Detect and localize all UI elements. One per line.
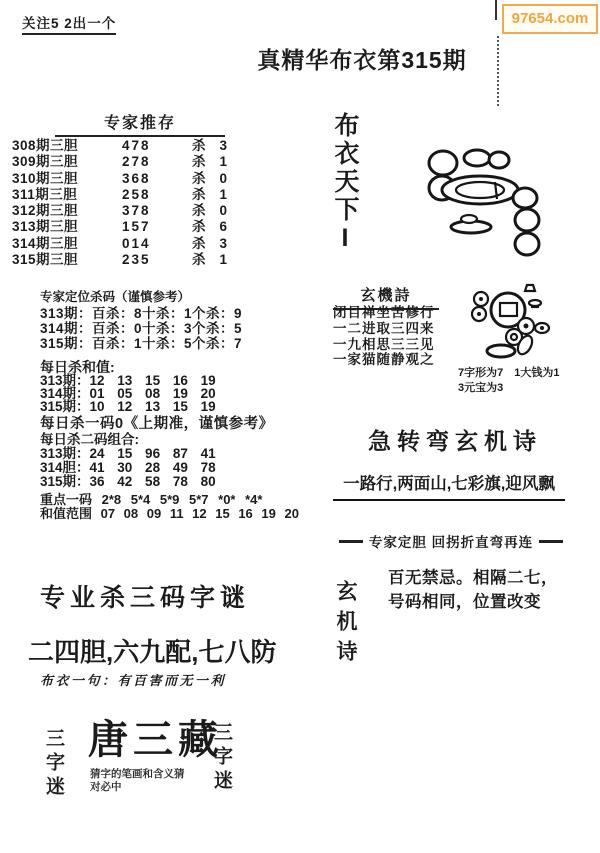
row-period: 312期三胆	[12, 203, 122, 219]
row-period: 313期三胆	[12, 219, 122, 235]
kill-three-code-title: 专业杀三码字谜	[40, 578, 240, 614]
xuanji-poem-line: 一二进取三四来	[333, 321, 435, 337]
row-kill-label: 杀	[192, 236, 206, 252]
expert-recommend-header: 专家推存	[55, 110, 225, 137]
expert-dan-banner: 专家定胆 回拐折直弯再连	[336, 531, 566, 551]
row-dan-numbers: 258	[122, 187, 168, 203]
two-code-block: 每日杀二码组合: 313期：24 15 96 87 41314胆：41 30 2…	[40, 433, 216, 488]
kill-position-line: 314期：百杀：0十杀：3个杀：5	[40, 321, 242, 336]
row-dan-numbers: 478	[122, 138, 168, 154]
final-hint-line2: 号码相同，位置改变	[388, 590, 568, 614]
expert-recommend-table: 308期三胆 478 杀 3 309期三胆 278 杀 1 310期三胆 368…	[12, 138, 252, 268]
sum-range-line: 和值范围 07 08 09 11 12 15 16 19 20	[40, 503, 299, 522]
row-kill-number: 1	[220, 252, 228, 268]
two-code-line: 315期：36 42 58 78 80	[40, 475, 216, 489]
kill-position-block: 专家定位杀码（谨慎参考） 313期：百杀：8十杀：1个杀：9314期：百杀：0十…	[40, 289, 242, 351]
row-kill-number: 1	[220, 187, 228, 203]
final-hint-block: 百无禁忌。相隔二七， 号码相同，位置改变	[388, 566, 568, 614]
daily-sum-lines: 313期：12 13 15 16 19314期：01 05 08 19 2031…	[40, 374, 216, 414]
row-kill-number: 0	[220, 203, 228, 219]
kill-position-line: 315期：百杀：1十杀：5个杀：7	[40, 336, 242, 351]
coin-caption-line2: 3元宝为3	[458, 381, 559, 396]
table-row: 310期三胆 368 杀 0	[12, 171, 252, 187]
top-divider-line	[495, 0, 497, 20]
row-kill-number: 6	[220, 219, 228, 235]
title-dotted-line	[497, 36, 499, 106]
row-dan-numbers: 014	[122, 236, 168, 252]
two-code-header: 每日杀二码组合:	[40, 433, 216, 447]
row-period: 314期三胆	[12, 236, 122, 252]
top-left-note: 关注5 2出一个	[22, 12, 116, 35]
row-dan-numbers: 368	[122, 171, 168, 187]
buyi-doodle-drawing	[415, 138, 565, 268]
buyi-tianxia-vertical-title: 布衣天下I	[327, 112, 363, 255]
page-title: 真精华布衣第315期	[212, 42, 512, 75]
kill-position-header: 专家定位杀码（谨慎参考）	[40, 289, 242, 306]
table-row: 308期三胆 478 杀 3	[12, 138, 252, 154]
row-dan-numbers: 157	[122, 219, 168, 235]
dash-left	[339, 540, 363, 543]
coin-caption-line1: 7字形为7 1大钱为1	[458, 366, 559, 381]
kill-three-code-riddle: 二四胆,六九配,七八防	[28, 632, 248, 669]
row-kill-label: 杀	[192, 154, 206, 170]
two-code-line: 313期：24 15 96 87 41	[40, 447, 216, 461]
row-kill-number: 3	[220, 138, 228, 154]
dash-right	[539, 540, 563, 543]
kill-position-line: 313期：百杀：8十杀：1个杀：9	[40, 306, 242, 321]
riddle-footnote-line2: 对必中	[90, 781, 185, 794]
two-code-lines: 313期：24 15 96 87 41314胆：41 30 28 49 7831…	[40, 447, 216, 488]
coin-doodle-caption: 7字形为7 1大钱为1 3元宝为3	[458, 366, 559, 396]
row-period: 311期三胆	[12, 187, 122, 203]
sharp-turn-poem-line: 一路行,两面山,七彩旗,迎风飘	[333, 470, 565, 501]
row-kill-label: 杀	[192, 219, 206, 235]
site-watermark-badge[interactable]: 97654.com	[502, 4, 598, 34]
coins-doodle-drawing	[455, 283, 555, 361]
row-period: 315期三胆	[12, 252, 122, 268]
row-kill-label: 杀	[192, 203, 206, 219]
three-char-riddle-answer: 唐三藏	[88, 708, 223, 765]
row-dan-numbers: 278	[122, 154, 168, 170]
table-row: 314期三胆 014 杀 3	[12, 236, 252, 252]
expert-dan-text: 专家定胆 回拐折直弯再连	[369, 531, 533, 551]
buyi-sentence: 布衣一句：有百害而无一利	[40, 670, 226, 689]
row-period: 310期三胆	[12, 171, 122, 187]
table-row: 315期三胆 235 杀 1	[12, 252, 252, 268]
row-kill-number: 1	[220, 154, 228, 170]
final-hint-line1: 百无禁忌。相隔二七，	[388, 566, 568, 590]
sharp-turn-poem-title: 急转弯玄机诗	[350, 423, 560, 456]
row-kill-label: 杀	[192, 138, 206, 154]
three-char-riddle-left-label: 三字迷	[40, 728, 67, 800]
table-row: 311期三胆 258 杀 1	[12, 187, 252, 203]
row-kill-number: 0	[220, 171, 228, 187]
riddle-footnote-line1: 猜字的笔画和含义猜	[90, 768, 185, 781]
row-dan-numbers: 378	[122, 203, 168, 219]
xuanji-poem-line: 一家猫随静观之	[333, 352, 435, 368]
daily-sum-block: 每日杀和值: 313期：12 13 15 16 19314期：01 05 08 …	[40, 360, 216, 414]
riddle-footnote: 猜字的笔画和含义猜 对必中	[90, 768, 185, 794]
row-kill-label: 杀	[192, 187, 206, 203]
xuanji-poem-line: 闭目禅坐苦修行	[333, 305, 435, 321]
daily-sum-header: 每日杀和值:	[40, 360, 216, 374]
daily-kill-one-line: 每日杀一码0《上期准，谨慎参考》	[40, 412, 274, 433]
row-kill-label: 杀	[192, 252, 206, 268]
row-period: 308期三胆	[12, 138, 122, 154]
table-row: 313期三胆 157 杀 6	[12, 219, 252, 235]
three-char-riddle-right-label: 三字迷	[208, 722, 235, 794]
row-kill-number: 3	[220, 236, 228, 252]
kill-position-lines: 313期：百杀：8十杀：1个杀：9314期：百杀：0十杀：3个杀：5315期：百…	[40, 306, 242, 351]
xuanji-vertical-label: 玄机诗	[330, 580, 360, 670]
two-code-line: 314胆：41 30 28 49 78	[40, 461, 216, 475]
xuanji-poem-line: 一九相思三三见	[333, 337, 435, 353]
row-kill-label: 杀	[192, 171, 206, 187]
row-dan-numbers: 235	[122, 252, 168, 268]
table-row: 309期三胆 278 杀 1	[12, 154, 252, 170]
table-row: 312期三胆 378 杀 0	[12, 203, 252, 219]
row-period: 309期三胆	[12, 154, 122, 170]
xuanji-poem: 闭目禅坐苦修行一二进取三四来一九相思三三见一家猫随静观之	[333, 305, 435, 368]
